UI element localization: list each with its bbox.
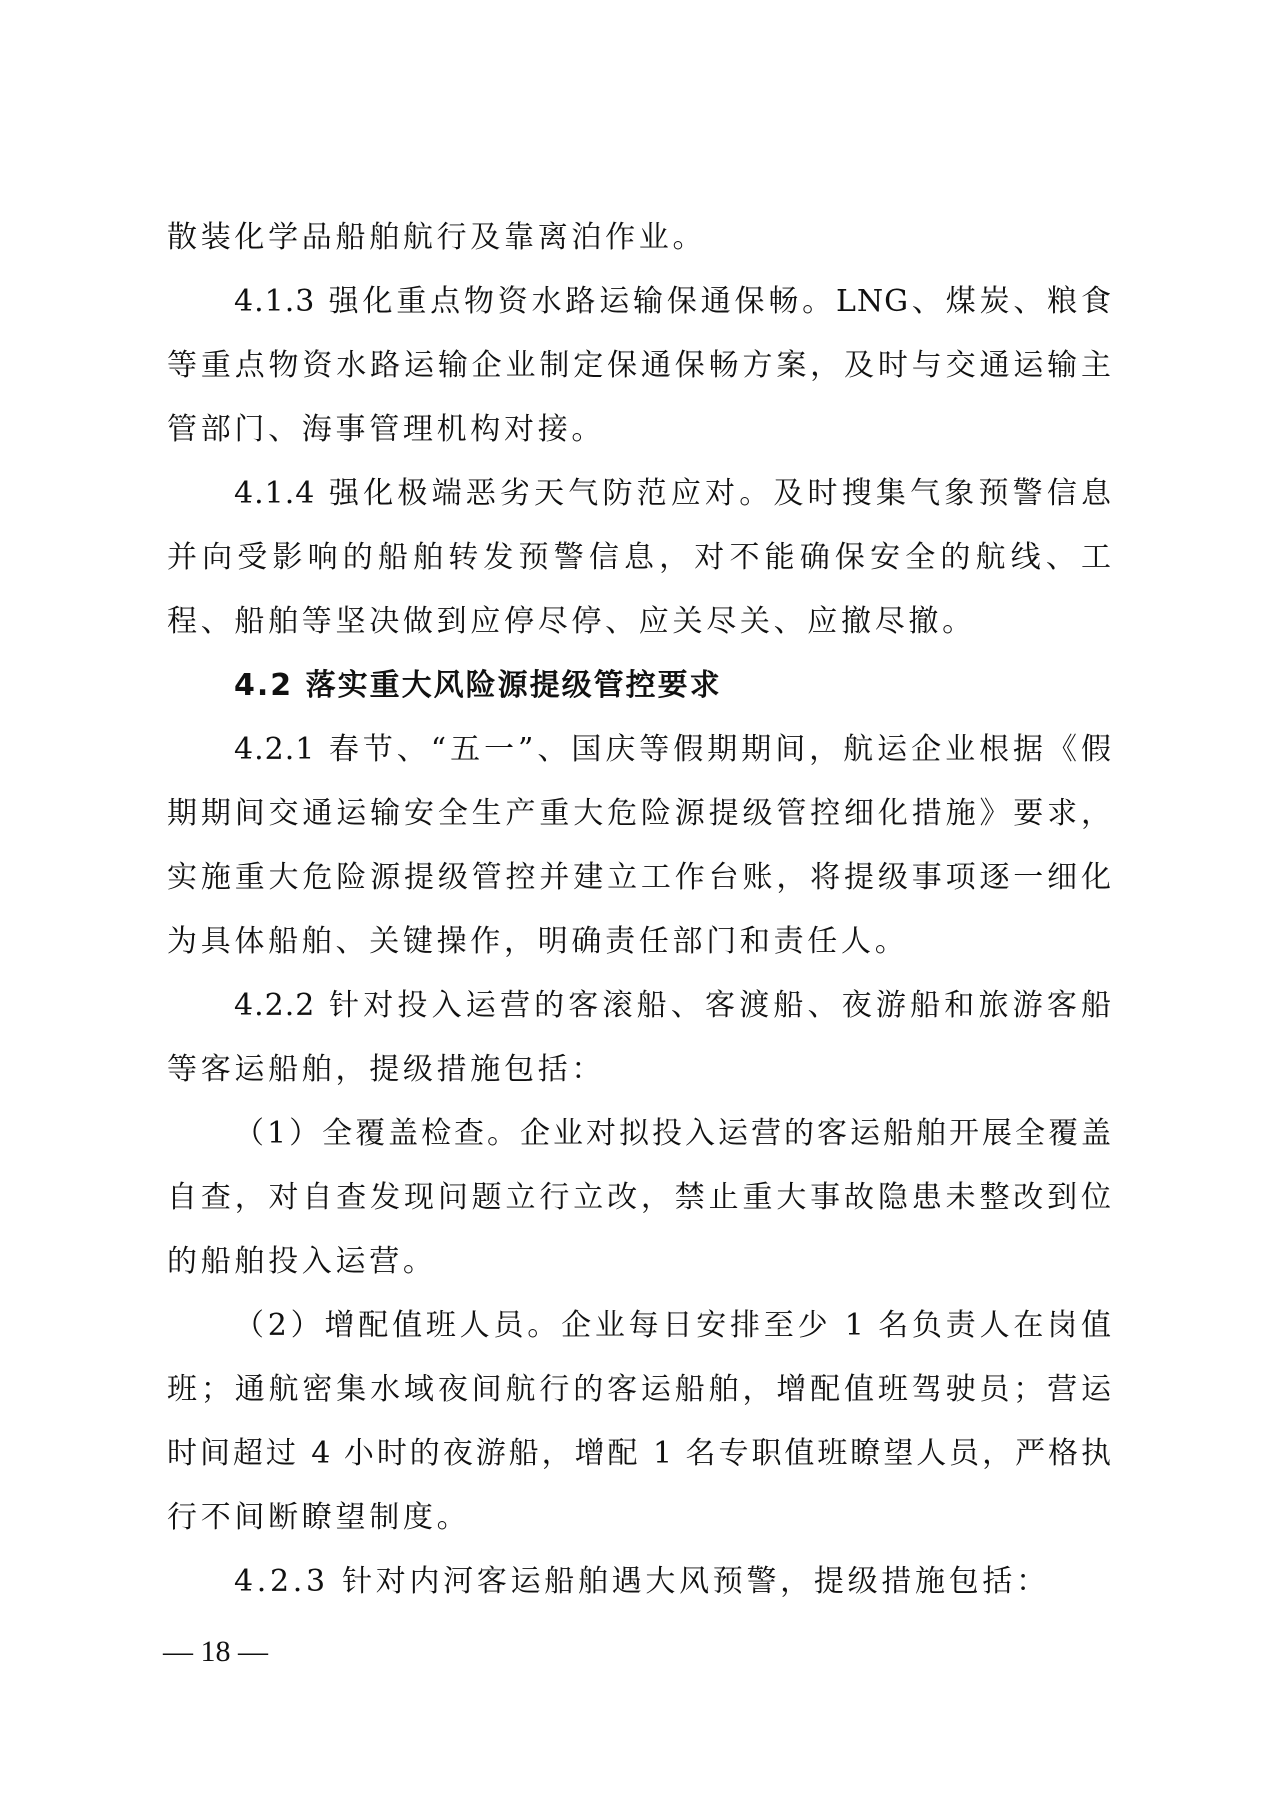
paragraph-line: 并向受影响的船舶转发预警信息，对不能确保安全的航线、工	[167, 526, 1112, 590]
item-2-line: （2）增配值班人员。企业每日安排至少 1 名负责人在岗值	[167, 1294, 1112, 1358]
item-1-line: （1）全覆盖检查。企业对拟投入运营的客运船舶开展全覆盖	[167, 1102, 1112, 1166]
section-4-2-2-line: 4.2.2 针对投入运营的客滚船、客渡船、夜游船和旅游客船	[167, 974, 1112, 1038]
paragraph-line: 期期间交通运输安全生产重大危险源提级管控细化措施》要求，	[167, 782, 1112, 846]
section-heading-4-2: 4.2 落实重大风险源提级管控要求	[167, 654, 1112, 718]
document-page: 散装化学品船舶航行及靠离泊作业。 4.1.3 强化重点物资水路运输保通保畅。LN…	[0, 0, 1280, 1810]
paragraph-line: 实施重大危险源提级管控并建立工作台账，将提级事项逐一细化	[167, 846, 1112, 910]
section-4-2-1-line: 4.2.1 春节、“五一”、国庆等假期期间，航运企业根据《假	[167, 718, 1112, 782]
paragraph-line: 自查，对自查发现问题立行立改，禁止重大事故隐患未整改到位	[167, 1166, 1112, 1230]
paragraph-line: 的船舶投入运营。	[167, 1230, 1112, 1294]
section-4-2-3-line: 4.2.3 针对内河客运船舶遇大风预警，提级措施包括：	[167, 1550, 1112, 1614]
paragraph-line: 程、船舶等坚决做到应停尽停、应关尽关、应撤尽撤。	[167, 590, 1112, 654]
paragraph-line: 散装化学品船舶航行及靠离泊作业。	[167, 206, 1112, 270]
paragraph-line: 为具体船舶、关键操作，明确责任部门和责任人。	[167, 910, 1112, 974]
page-number: — 18 —	[163, 1634, 268, 1670]
paragraph-line: 班；通航密集水域夜间航行的客运船舶，增配值班驾驶员；营运	[167, 1358, 1112, 1422]
section-4-1-3-line: 4.1.3 强化重点物资水路运输保通保畅。LNG、煤炭、粮食	[167, 270, 1112, 334]
body-text: 散装化学品船舶航行及靠离泊作业。 4.1.3 强化重点物资水路运输保通保畅。LN…	[167, 206, 1112, 1614]
paragraph-line: 等重点物资水路运输企业制定保通保畅方案，及时与交通运输主	[167, 334, 1112, 398]
paragraph-line: 管部门、海事管理机构对接。	[167, 398, 1112, 462]
section-4-1-4-line: 4.1.4 强化极端恶劣天气防范应对。及时搜集气象预警信息	[167, 462, 1112, 526]
paragraph-line: 行不间断瞭望制度。	[167, 1486, 1112, 1550]
paragraph-line: 时间超过 4 小时的夜游船，增配 1 名专职值班瞭望人员，严格执	[167, 1422, 1112, 1486]
paragraph-line: 等客运船舶，提级措施包括：	[167, 1038, 1112, 1102]
